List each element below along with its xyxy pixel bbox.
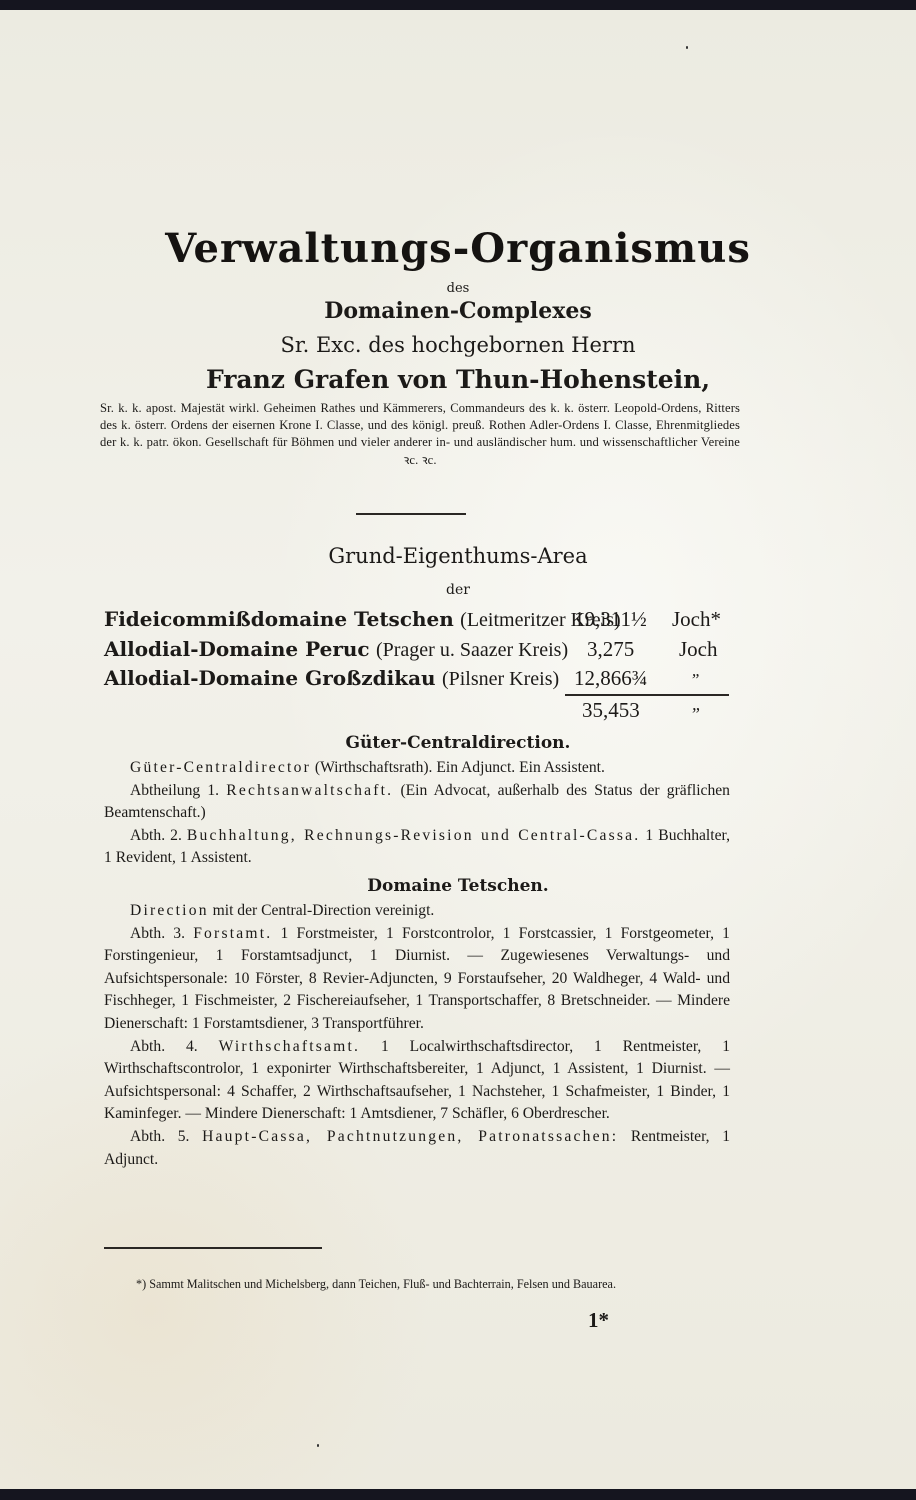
title-connector: des [0,281,916,296]
role-title: Güter-Centraldirector [130,759,311,776]
honours-paragraph: Sr. k. k. apost. Majestät wirkl. Geheime… [100,400,740,469]
estate-district: (Prager u. Saazer Kreis) [376,639,568,661]
estate-area: 12,866¾ [574,666,648,691]
estate-area: 3,275 [587,637,634,662]
paper-speck [686,46,688,49]
estate-name: Fideicommißdomaine Tetschen [104,607,454,631]
central-paragraph: Abth. 2. Buchhaltung, Rechnungs-Revision… [104,825,730,870]
estate-unit: Joch* [672,607,721,632]
dept-title: Forstamt. [193,925,272,942]
dept-number: Abth. 5. [130,1128,189,1145]
dept-number: Abth. 2. [130,827,182,844]
estate-unit: ” [690,670,699,690]
central-section: Güter-Centraldirector (Wirthschaftsrath)… [104,757,730,870]
tetschen-paragraph: Abth. 4. Wirthschaftsamt. 1 Localwirthsc… [104,1036,730,1126]
paragraph-text: mit der Central-Direction vereinigt. [209,902,435,919]
dept-number: Abtheilung 1. [130,782,219,799]
excellency-line: Sr. Exc. des hochgebornen Herrn [0,333,916,357]
dept-title: Haupt-Cassa, Pachtnutzungen, Patronatssa… [202,1128,618,1145]
divider [356,513,466,515]
footnote-text: *) Sammt Malitschen und Michelsberg, dan… [104,1276,730,1292]
estate-name: Allodial-Domaine Peruc [104,637,370,661]
tetschen-section: Direction mit der Central-Direction vere… [104,900,730,1171]
dept-number: Abth. 4. [130,1038,198,1055]
dept-title: Wirthschaftsamt. [219,1038,361,1055]
estate-row: Allodial-Domaine Peruc (Prager u. Saazer… [104,637,734,667]
dept-title: Buchhaltung, Rechnungs-Revision und Cent… [187,827,640,844]
complex-heading: Domainen-Complexes [0,298,916,324]
dept-title: Direction [130,902,209,919]
signature-mark: 1* [588,1308,609,1333]
area-total-unit: ” [690,704,700,725]
owner-name: Franz Grafen von Thun-Hohenstein, [0,365,916,394]
section-heading-central: Güter-Centraldirection. [0,733,916,753]
estate-row: Allodial-Domaine Großzdikau (Pilsner Kre… [104,666,734,696]
page-title: Verwaltungs-Organismus [0,225,916,272]
area-connector: der [0,582,916,598]
central-paragraph: Güter-Centraldirector (Wirthschaftsrath)… [104,757,730,780]
tetschen-paragraph: Abth. 3. Forstamt. 1 Forstmeister, 1 For… [104,923,730,1036]
estate-unit: Joch [679,637,718,662]
tetschen-paragraph: Direction mit der Central-Direction vere… [104,900,730,923]
dept-title: Rechtsanwaltschaft. [226,782,393,799]
sum-rule [565,694,729,696]
central-paragraph: Abtheilung 1. Rechtsanwaltschaft. (Ein A… [104,780,730,825]
footnote-rule [104,1247,322,1249]
area-heading: Grund-Eigenthums-Area [0,544,916,568]
footnote: *) Sammt Malitschen und Michelsberg, dan… [104,1276,730,1292]
paper-speck [317,1444,319,1447]
estate-row: Fideicommißdomaine Tetschen (Leitmeritze… [104,607,734,637]
area-total: 35,453 [582,698,640,723]
paragraph-text: (Wirthschaftsrath). Ein Adjunct. Ein Ass… [311,759,605,776]
dept-number: Abth. 3. [130,925,185,942]
paragraph-text: 1 Localwirthschaftsdirector, 1 Rentmeist… [104,1038,730,1123]
estate-district: (Pilsner Kreis) [442,668,559,690]
section-heading-tetschen: Domaine Tetschen. [0,876,916,896]
estate-name: Allodial-Domaine Großzdikau [104,666,436,690]
tetschen-paragraph: Abth. 5. Haupt-Cassa, Pachtnutzungen, Pa… [104,1126,730,1171]
scan-border [0,1489,916,1500]
estate-area: 19,311½ [574,607,647,632]
